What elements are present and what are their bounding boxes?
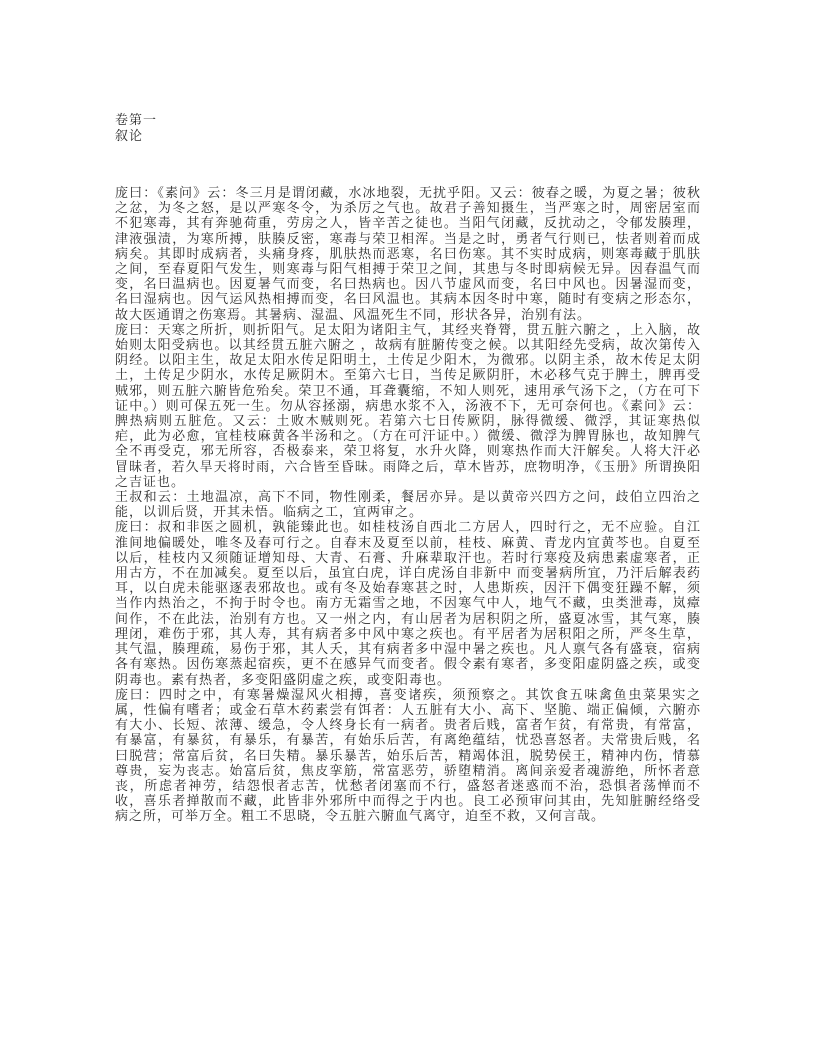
heading-block: 卷第一 叙论: [115, 112, 701, 143]
volume-title: 卷第一: [115, 112, 701, 128]
document-page: 卷第一 叙论 庞曰：《素问》云：冬三月是谓闭藏，水冰地裂，无扰乎阳。又云：彼春之…: [0, 0, 816, 1056]
body-text: 庞曰：《素问》云：冬三月是谓闭藏，水冰地裂，无扰乎阳。又云：彼春之暖，为夏之暑；…: [115, 185, 701, 824]
paragraph-regional-treatment: 庞曰：叔和非医之圆机，孰能臻此也。如桂枝汤自西北二方居人，四时行之，无不应验。自…: [115, 519, 701, 686]
paragraph-wang-shuhe: 王叔和云：土地温凉，高下不同，物性刚柔，餐居亦异。是以黄帝兴四方之问，歧伯立四治…: [115, 489, 701, 519]
section-title: 叙论: [115, 128, 701, 144]
paragraph-suwen-winter: 庞曰：《素问》云：冬三月是谓闭藏，水冰地裂，无扰乎阳。又云：彼春之暖，为夏之暑；…: [115, 185, 701, 322]
paragraph-four-seasons: 庞曰：四时之中，有寒暑燥湿风火相搏，喜变诸疾，须预察之。其饮食五味禽鱼虫菜果实之…: [115, 687, 701, 824]
paragraph-taiyang-transmission: 庞曰：天寒之所折，则折阳气。足太阳为诸阳主气，其经夹脊膂，贯五脏六腑之 ，上入脑…: [115, 322, 701, 489]
